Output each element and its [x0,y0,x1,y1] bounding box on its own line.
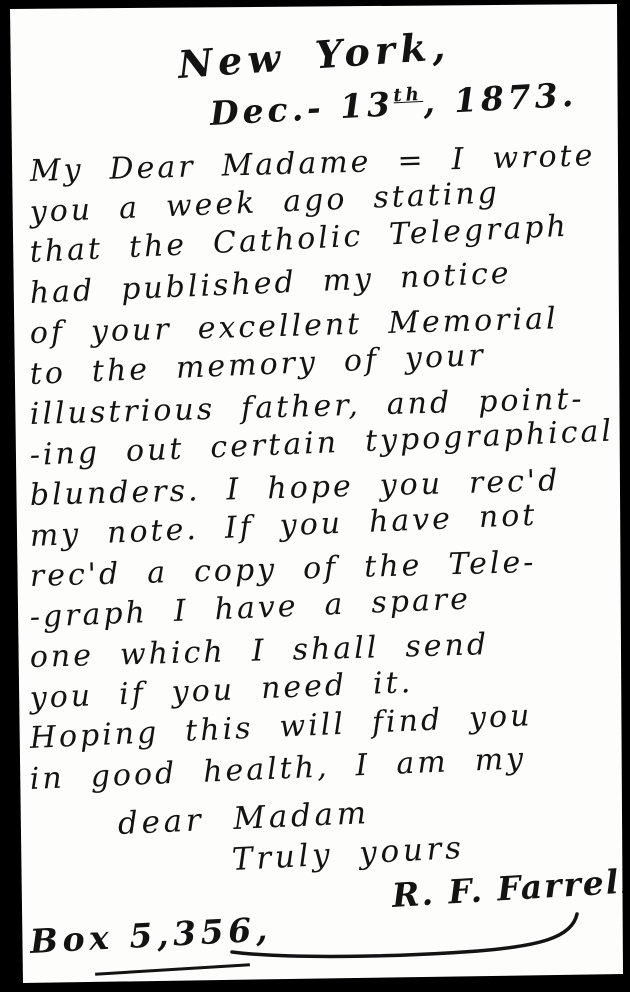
po-box-underline [95,963,250,975]
date-year: , 1873. [422,75,578,122]
signature: R. F. Farrell. [391,860,630,915]
scanned-letter: { "palette": { "ink": "#131313", "paper"… [0,0,630,992]
place-line: New York, [176,23,451,87]
closing-valediction: Truly yours [231,830,466,878]
signature-flourish [228,912,580,964]
date-ordinal: th [393,84,424,107]
letter-body: My Dear Madame = I wrote you a week ago … [30,152,610,800]
letter-page: New York, Dec.- 13th, 1873. My Dear Mada… [0,0,630,992]
date-line: Dec.- 13th, 1873. [209,75,578,133]
closing-salutation: dear Madam [117,795,370,842]
date-day: Dec.- 13 [209,84,395,133]
